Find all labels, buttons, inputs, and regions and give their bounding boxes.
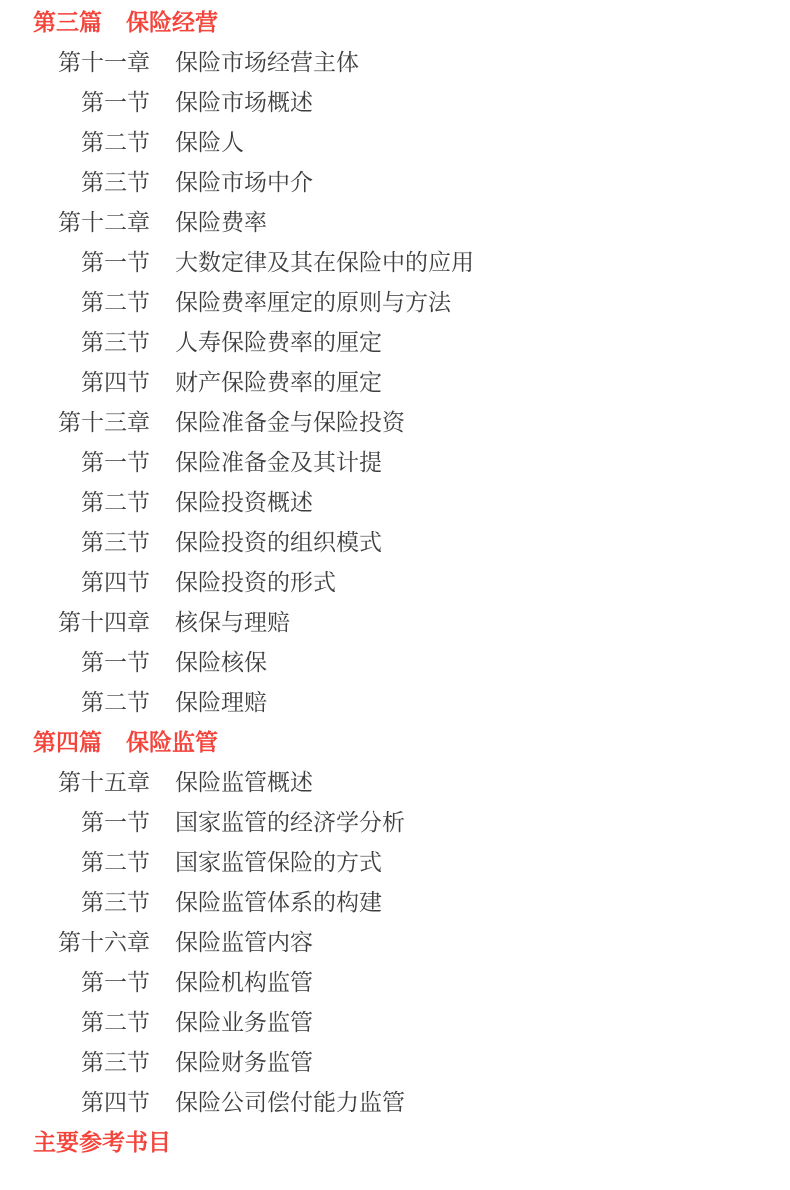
toc-entry-title: 保险市场中介 (175, 164, 313, 197)
toc-entry: 第二节 国家监管保险的方式 (0, 840, 790, 880)
toc-entry-title: 保险投资概述 (175, 484, 313, 517)
toc-entry-number: 第四节 (0, 564, 150, 597)
toc-entry-title: 国家监管保险的方式 (175, 844, 382, 877)
toc-entry-title: 保险市场概述 (175, 84, 313, 117)
toc-entry: 第一节 保险核保 (0, 640, 790, 680)
toc-entry: 第三篇 保险经营 (0, 0, 790, 40)
toc-entry-title: 大数定律及其在保险中的应用 (175, 244, 474, 277)
toc-entry-title: 保险投资的形式 (175, 564, 336, 597)
toc-entry-number: 第一节 (0, 84, 150, 117)
toc-entry-number: 第二节 (0, 1004, 150, 1037)
toc-entry-number: 第二节 (0, 484, 150, 517)
toc-entry-number: 第三节 (0, 324, 150, 357)
toc-page: 第三篇 保险经营 第十一章 保险市场经营主体 第一节 保险市场概述 第二节 保险… (0, 0, 790, 1190)
toc-entry-number: 第三篇 (33, 4, 102, 37)
toc-entry-number: 第四篇 (33, 724, 102, 757)
toc-entry: 第二节 保险费率厘定的原则与方法 (0, 280, 790, 320)
toc-entry: 第二节 保险投资概述 (0, 480, 790, 520)
toc-entry-title: 保险监管体系的构建 (175, 884, 382, 917)
toc-entry: 第十二章 保险费率 (0, 200, 790, 240)
toc-entry-title: 国家监管的经济学分析 (175, 804, 405, 837)
toc-entry-title: 保险人 (175, 124, 244, 157)
toc-entry-number: 第二节 (0, 284, 150, 317)
toc-entry: 第二节 保险人 (0, 120, 790, 160)
toc-entry-number: 第十四章 (0, 604, 150, 637)
toc-entry-title: 保险投资的组织模式 (175, 524, 382, 557)
toc-entry-number: 第三节 (0, 884, 150, 917)
toc-entry-number: 第三节 (0, 1044, 150, 1077)
toc-entry-title: 保险准备金及其计提 (175, 444, 382, 477)
toc-entry: 第三节 保险监管体系的构建 (0, 880, 790, 920)
toc-entry-number: 第四节 (0, 1084, 150, 1117)
toc-entry-number: 第二节 (0, 844, 150, 877)
toc-entry-number: 第一节 (0, 444, 150, 477)
toc-entry: 第四节 保险投资的形式 (0, 560, 790, 600)
toc-entry: 第一节 保险准备金及其计提 (0, 440, 790, 480)
toc-entry-title: 保险费率 (175, 204, 267, 237)
toc-entry-number: 第十六章 (0, 924, 150, 957)
toc-entry-number: 第十五章 (0, 764, 150, 797)
toc-entry-title: 保险业务监管 (175, 1004, 313, 1037)
toc-entry-title: 人寿保险费率的厘定 (175, 324, 382, 357)
toc-entry-title: 保险费率厘定的原则与方法 (175, 284, 451, 317)
toc-entry: 第一节 保险机构监管 (0, 960, 790, 1000)
toc-entry: 主要参考书目 (0, 1120, 790, 1160)
toc-entry: 第三节 保险市场中介 (0, 160, 790, 200)
toc-entry: 第一节 大数定律及其在保险中的应用 (0, 240, 790, 280)
toc-entry-title: 保险财务监管 (175, 1044, 313, 1077)
toc-entry: 第三节 人寿保险费率的厘定 (0, 320, 790, 360)
toc-entry: 第二节 保险理赔 (0, 680, 790, 720)
toc-entry-number: 第四节 (0, 364, 150, 397)
toc-entry-number: 第二节 (0, 684, 150, 717)
toc-entry-title: 保险核保 (175, 644, 267, 677)
toc-entry-number: 第一节 (0, 804, 150, 837)
toc-entry: 第一节 国家监管的经济学分析 (0, 800, 790, 840)
toc-entry-number: 第十一章 (0, 44, 150, 77)
toc-entry-title: 保险监管内容 (175, 924, 313, 957)
toc-entry-title: 财产保险费率的厘定 (175, 364, 382, 397)
toc-entry-title: 保险监管概述 (175, 764, 313, 797)
toc-entry: 第四节 财产保险费率的厘定 (0, 360, 790, 400)
toc-entry-title: 保险机构监管 (175, 964, 313, 997)
toc-entry-title: 保险理赔 (175, 684, 267, 717)
toc-entry-number: 第一节 (0, 644, 150, 677)
toc-entry-title: 核保与理赔 (175, 604, 290, 637)
toc-entry-number: 第三节 (0, 524, 150, 557)
toc-entry: 第十三章 保险准备金与保险投资 (0, 400, 790, 440)
toc-entry: 第十四章 核保与理赔 (0, 600, 790, 640)
toc-entry-title: 保险公司偿付能力监管 (175, 1084, 405, 1117)
toc-entry: 第三节 保险投资的组织模式 (0, 520, 790, 560)
toc-list: 第三篇 保险经营 第十一章 保险市场经营主体 第一节 保险市场概述 第二节 保险… (0, 0, 790, 1160)
toc-entry: 第十五章 保险监管概述 (0, 760, 790, 800)
toc-entry: 第三节 保险财务监管 (0, 1040, 790, 1080)
toc-entry-title: 主要参考书目 (33, 1124, 171, 1157)
toc-entry-title: 保险经营 (126, 4, 218, 37)
toc-entry: 第十一章 保险市场经营主体 (0, 40, 790, 80)
toc-entry-number: 第一节 (0, 244, 150, 277)
toc-entry-title: 保险市场经营主体 (175, 44, 359, 77)
toc-entry-title: 保险准备金与保险投资 (175, 404, 405, 437)
toc-entry: 第四节 保险公司偿付能力监管 (0, 1080, 790, 1120)
toc-entry-number: 第一节 (0, 964, 150, 997)
toc-entry-number: 第十三章 (0, 404, 150, 437)
toc-entry-number: 第三节 (0, 164, 150, 197)
toc-entry-title: 保险监管 (126, 724, 218, 757)
toc-entry: 第十六章 保险监管内容 (0, 920, 790, 960)
toc-entry: 第四篇 保险监管 (0, 720, 790, 760)
toc-entry: 第二节 保险业务监管 (0, 1000, 790, 1040)
toc-entry-number: 第二节 (0, 124, 150, 157)
toc-entry-number: 第十二章 (0, 204, 150, 237)
toc-entry: 第一节 保险市场概述 (0, 80, 790, 120)
